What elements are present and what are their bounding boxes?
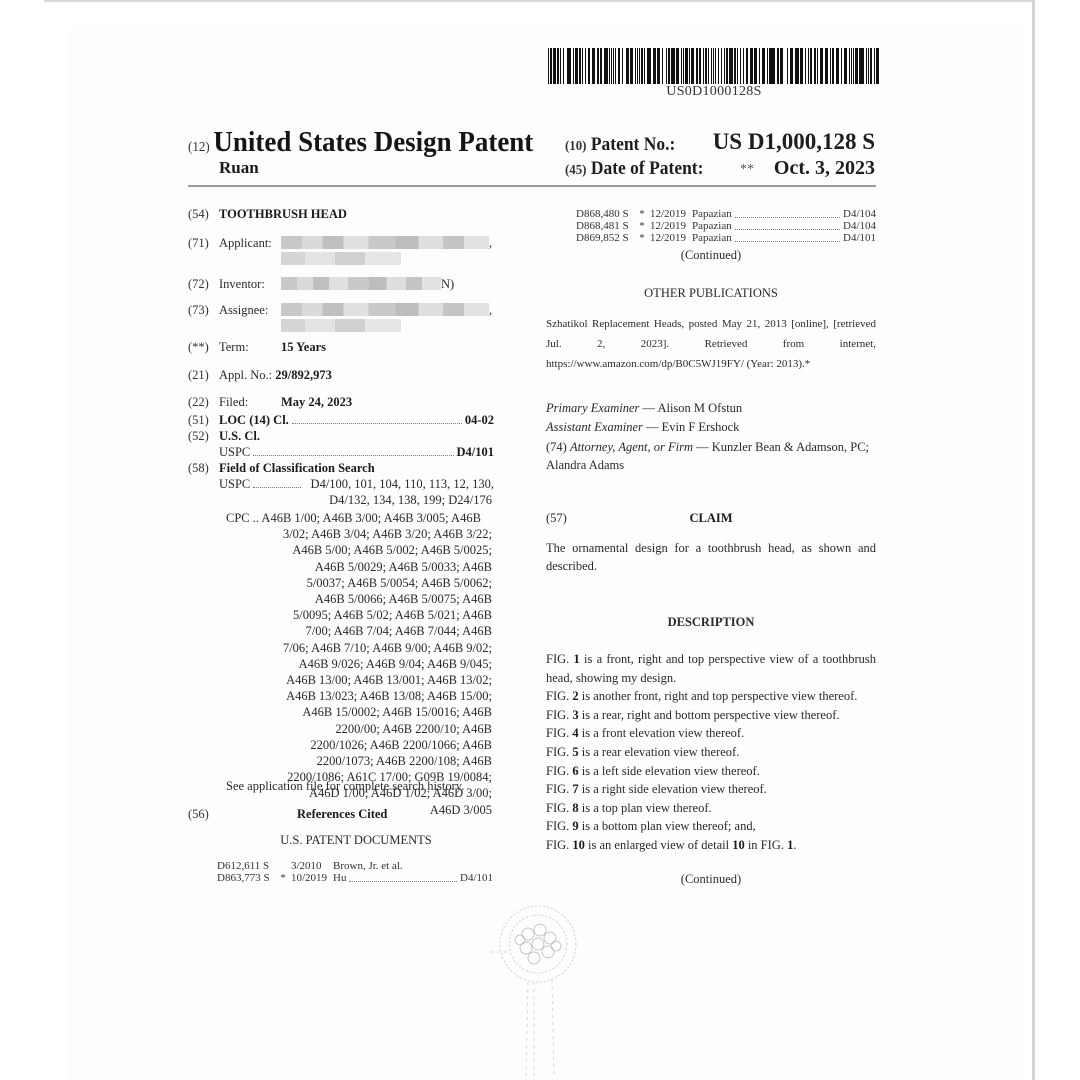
cpc-line: 5/0095; A46B 5/02; A46B 5/021; A46B xyxy=(226,607,492,623)
application-number-field: (21)Appl. No.: 29/892,973 xyxy=(188,367,494,383)
figure-description: FIG. 7 is a right side elevation view th… xyxy=(546,780,876,799)
cpc-line: A46B 15/0002; A46B 15/0016; A46B xyxy=(226,704,492,720)
document-type-title: (12)United States Design Patent xyxy=(188,126,533,159)
page-frame-right xyxy=(1032,0,1035,1080)
figure-description: FIG. 3 is a rear, right and bottom persp… xyxy=(546,706,876,725)
applicant-field: (71)Applicant:, xyxy=(188,235,494,267)
patent-title: TOOTHBRUSH HEAD xyxy=(219,207,347,221)
term-marker: ** xyxy=(740,162,754,178)
claim-heading: (57) CLAIM xyxy=(546,509,876,527)
cpc-line: A46B 5/00; A46B 5/002; A46B 5/0025; xyxy=(226,542,492,558)
reference-row: D868,481 S*12/2019PapazianD4/104 xyxy=(576,220,876,232)
uspc-class-line: USPCD4/101 xyxy=(188,444,494,460)
references-cited-heading: (56)References Cited xyxy=(188,806,494,822)
toothbrush-head-drawing xyxy=(470,900,610,1080)
claim-text: The ornamental design for a toothbrush h… xyxy=(546,539,876,575)
figure-description: FIG. 8 is a top plan view thereof. xyxy=(546,799,876,818)
left-references-table: D612,611 S3/2010Brown, Jr. et al.D863,77… xyxy=(217,860,493,884)
date-of-patent: Oct. 3, 2023 xyxy=(774,157,875,180)
figure-description: FIG. 5 is a rear elevation view thereof. xyxy=(546,743,876,762)
attorney-agent-firm: (74) Attorney, Agent, or Firm — Kunzler … xyxy=(546,438,876,474)
cpc-line: A46B 13/023; A46B 13/08; A46B 15/00; xyxy=(226,688,492,704)
field-of-search-heading: (58)Field of Classification Search xyxy=(188,460,494,476)
us-class-field: (52)U.S. Cl. xyxy=(188,428,494,444)
cpc-line: 7/00; A46B 7/04; A46B 7/044; A46B xyxy=(226,623,492,639)
cpc-line: A46B 5/0066; A46B 5/0075; A46B xyxy=(226,591,492,607)
assignee-field: (73)Assignee:, xyxy=(188,302,494,334)
other-publications-heading: OTHER PUBLICATIONS xyxy=(546,284,876,302)
description-heading: DESCRIPTION xyxy=(546,613,876,631)
us-patent-documents-subheading: U.S. PATENT DOCUMENTS xyxy=(218,832,494,848)
cpc-line: 7/06; A46B 7/10; A46B 9/00; A46B 9/02; xyxy=(226,640,492,656)
cpc-line: CPC .. A46B 1/00; A46B 3/00; A46B 3/005;… xyxy=(226,510,492,526)
cpc-line: 2200/1073; A46B 2200/108; A46B xyxy=(226,753,492,769)
barcode-number: US0D1000128S xyxy=(548,84,880,100)
inid-code: (12) xyxy=(188,140,210,155)
references-continued: (Continued) xyxy=(546,246,876,264)
assistant-examiner: Assistant Examiner — Evin F Ershock xyxy=(546,418,876,436)
cpc-line: 3/02; A46B 3/04; A46B 3/20; A46B 3/22; xyxy=(226,526,492,542)
figure-description: FIG. 10 is an enlarged view of detail 10… xyxy=(546,836,876,855)
reference-row: D612,611 S3/2010Brown, Jr. et al. xyxy=(217,860,493,872)
redacted-inventor xyxy=(281,277,441,290)
search-history-note: See application file for complete search… xyxy=(226,778,532,794)
redacted-assignee xyxy=(281,303,489,316)
cpc-line: A46B 5/0029; A46B 5/0033; A46B xyxy=(226,559,492,575)
redacted-assignee-line2 xyxy=(281,319,401,332)
figure-description: FIG. 1 is a front, right and top perspec… xyxy=(546,650,876,687)
cpc-line: 5/0037; A46B 5/0054; A46B 5/0062; xyxy=(226,575,492,591)
reference-row: D868,480 S*12/2019PapazianD4/104 xyxy=(576,208,876,220)
figure-description: FIG. 6 is a left side elevation view the… xyxy=(546,762,876,781)
other-publication-entry: Szhatikol Replacement Heads, posted May … xyxy=(546,314,876,374)
patent-number-line: (10) Patent No.: US D1,000,128 S xyxy=(565,134,875,156)
right-references-table: D868,480 S*12/2019PapazianD4/104D868,481… xyxy=(576,208,876,244)
filed-field: (22)Filed:May 24, 2023 xyxy=(188,394,494,410)
figure-descriptions: FIG. 1 is a front, right and top perspec… xyxy=(546,650,876,855)
patent-number: US D1,000,128 S xyxy=(713,129,875,155)
figure-description: FIG. 9 is a bottom plan view thereof; an… xyxy=(546,817,876,836)
redacted-applicant-line2 xyxy=(281,252,401,265)
reference-row: D869,852 S*12/2019PapazianD4/101 xyxy=(576,232,876,244)
cpc-line: A46B 9/026; A46B 9/04; A46B 9/045; xyxy=(226,656,492,672)
description-continued: (Continued) xyxy=(546,870,876,888)
cpc-line: 2200/00; A46B 2200/10; A46B xyxy=(226,721,492,737)
cpc-line: A46B 13/00; A46B 13/001; A46B 13/02; xyxy=(226,672,492,688)
field-search-uspc-line2: D4/132, 134, 138, 199; D24/176 xyxy=(226,492,492,508)
inventor-surname: Ruan xyxy=(219,158,259,178)
title-field: (54)TOOTHBRUSH HEAD xyxy=(188,206,494,222)
header-divider xyxy=(188,185,876,187)
date-of-patent-line: (45) Date of Patent: ** Oct. 3, 2023 xyxy=(565,158,875,180)
redacted-applicant xyxy=(281,236,489,249)
term-field: (**)Term:15 Years xyxy=(188,339,494,355)
cpc-line: 2200/1026; A46B 2200/1066; A46B xyxy=(226,737,492,753)
loc-class-field: (51)LOC (14) Cl.04-02 xyxy=(188,412,494,428)
figure-description: FIG. 4 is a front elevation view thereof… xyxy=(546,724,876,743)
field-search-cpc-list: CPC .. A46B 1/00; A46B 3/00; A46B 3/005;… xyxy=(226,510,492,818)
page-frame-top xyxy=(44,0,1034,2)
reference-row: D863,773 S*10/2019HuD4/101 xyxy=(217,872,493,884)
primary-examiner: Primary Examiner — Alison M Ofstun xyxy=(546,399,876,417)
barcode xyxy=(548,48,880,84)
figure-description: FIG. 2 is another front, right and top p… xyxy=(546,687,876,706)
field-search-uspc-line1: USPCD4/100, 101, 104, 110, 113, 12, 130, xyxy=(188,476,494,492)
inventor-field: (72)Inventor:N) xyxy=(188,276,494,292)
